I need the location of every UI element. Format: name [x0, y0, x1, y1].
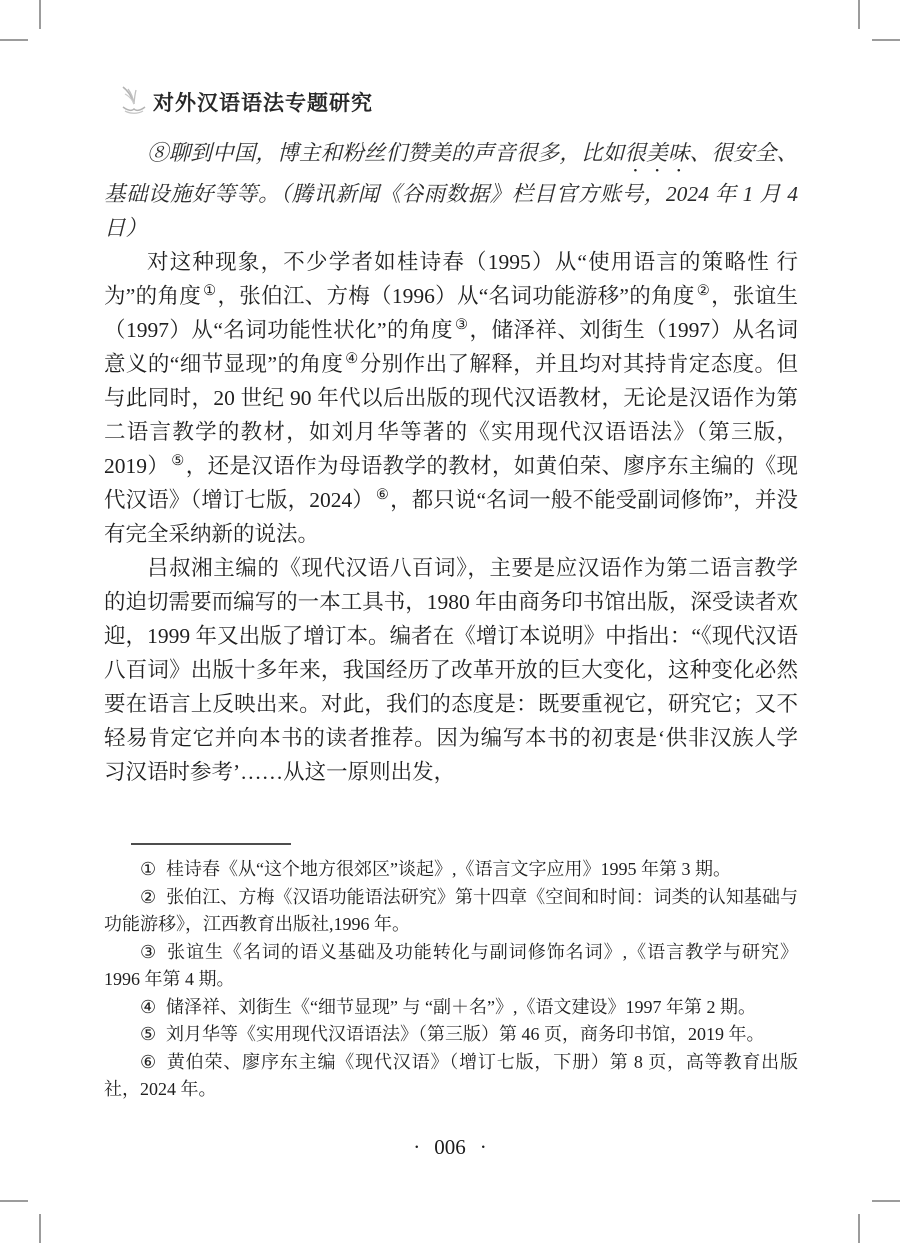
footnote-marker: ②: [140, 887, 166, 907]
footnote-marker: ④: [140, 997, 166, 1017]
footnote-text: 储泽祥、刘街生《“细节显现” 与 “副＋名”》,《语文建设》1997 年第 2 …: [166, 997, 756, 1017]
footnote-marker: ⑤: [140, 1024, 166, 1044]
footnote-text: 刘月华等《实用现代汉语语法》（第三版）第 46 页，商务印书馆，2019 年。: [166, 1024, 765, 1044]
footnote-item: ③张谊生《名词的语义基础及功能转化与副词修饰名词》,《语言教学与研究》1996 …: [104, 939, 798, 994]
crop-mark-bottom-right-vertical: [858, 1214, 860, 1243]
footnote-item: ④储泽祥、刘街生《“细节显现” 与 “副＋名”》,《语文建设》1997 年第 2…: [104, 994, 798, 1022]
paragraph-example-8: ⑧聊到中国，博主和粉丝们赞美的声音很多，比如很美味、很安全、基础设施好等等。（腾…: [104, 136, 798, 245]
page-number-right-dot: ·: [473, 1135, 494, 1159]
footnote-divider: [131, 843, 291, 845]
running-header: 对外汉语语法专题研究: [120, 82, 373, 121]
footnote-reference: ④: [343, 351, 360, 367]
book-title: 对外汉语语法专题研究: [153, 87, 373, 117]
crop-mark-top-right-horizontal: [872, 39, 900, 41]
footnote-marker: ⑥: [140, 1052, 167, 1072]
page-body-text: ⑧聊到中国，博主和粉丝们赞美的声音很多，比如很美味、很安全、基础设施好等等。（腾…: [104, 136, 798, 789]
footnote-text: 黄伯荣、廖序东主编《现代汉语》（增订七版，下册）第 8 页，高等教育出版社，20…: [104, 1052, 798, 1100]
footnote-reference: ⑥: [374, 487, 390, 503]
paragraph-discussion: 对这种现象，不少学者如桂诗春（1995）从“使用语言的策略性 行为”的角度①，张…: [104, 245, 798, 551]
footnote-reference: ③: [453, 317, 470, 333]
footnote-reference: ②: [695, 283, 711, 299]
page-number-value: 006: [427, 1135, 473, 1159]
footnote-item: ②张伯江、方梅《汉语功能语法研究》第十四章《空间和时间：词类的认知基础与功能游移…: [104, 884, 798, 939]
footnote-item: ⑤刘月华等《实用现代汉语语法》（第三版）第 46 页，商务印书馆，2019 年。: [104, 1021, 798, 1049]
crop-mark-top-left-horizontal: [0, 39, 28, 41]
paragraph-babaici: 吕叔湘主编的《现代汉语八百词》，主要是应汉语作为第二语言教学的迫切需要而编写的一…: [104, 551, 798, 789]
footnote-marker: ①: [140, 859, 166, 879]
footnote-text: 张伯江、方梅《汉语功能语法研究》第十四章《空间和时间：词类的认知基础与功能游移》…: [104, 887, 798, 935]
footnote-marker: ③: [140, 942, 167, 962]
page-number: ·006·: [0, 1135, 900, 1160]
footnote-item: ⑥黄伯荣、廖序东主编《现代汉语》（增订七版，下册）第 8 页，高等教育出版社，2…: [104, 1049, 798, 1104]
footnote-text: 张谊生《名词的语义基础及功能转化与副词修饰名词》,《语言教学与研究》1996 年…: [104, 942, 798, 990]
crop-mark-bottom-left-horizontal: [0, 1200, 28, 1202]
book-sprout-logo-icon: [120, 84, 148, 121]
footnote-list: ①桂诗春《从“这个地方很郊区”谈起》,《语言文字应用》1995 年第 3 期。②…: [104, 856, 798, 1104]
footnotes-section: ①桂诗春《从“这个地方很郊区”谈起》,《语言文字应用》1995 年第 3 期。②…: [104, 843, 798, 1104]
footnote-reference: ⑤: [169, 453, 185, 469]
crop-mark-top-right-vertical: [858, 0, 860, 29]
crop-mark-bottom-right-horizontal: [872, 1200, 900, 1202]
page-number-left-dot: ·: [406, 1135, 427, 1159]
footnote-reference: ①: [201, 283, 217, 299]
crop-mark-top-left-vertical: [39, 0, 41, 29]
emphasized-text: 很美味: [625, 141, 690, 165]
crop-mark-bottom-left-vertical: [39, 1214, 41, 1243]
footnote-item: ①桂诗春《从“这个地方很郊区”谈起》,《语言文字应用》1995 年第 3 期。: [104, 856, 798, 884]
footnote-text: 桂诗春《从“这个地方很郊区”谈起》,《语言文字应用》1995 年第 3 期。: [166, 859, 731, 879]
